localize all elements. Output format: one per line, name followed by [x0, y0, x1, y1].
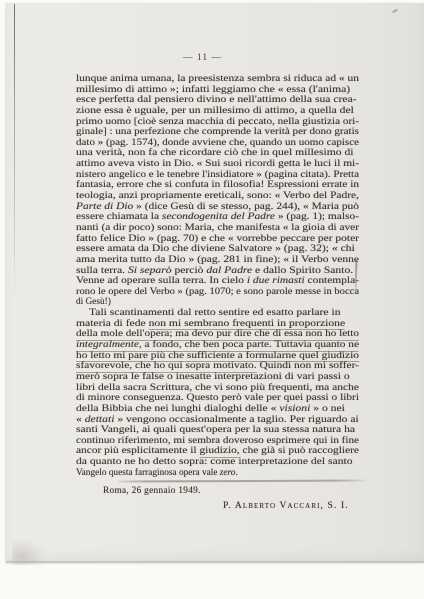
- text-line: attimo aveva visto in Dio. « Sui suoi ri…: [76, 159, 359, 170]
- text-line: essere amata da Dio che diviene Salvator…: [76, 244, 359, 255]
- text-line: ancor più esplicitamente il giudizio, ch…: [76, 446, 359, 457]
- text-line: ama merita tutto da Dio » (pag. 281 in f…: [76, 255, 359, 266]
- book-page: — 11 — lunque anima umana, la preesisten…: [6, 3, 424, 562]
- text-line: fatto felice Dio » (pag. 70) e che « vor…: [76, 234, 359, 245]
- text-line: nanti (a dir poco) sono: Maria, che mani…: [76, 223, 359, 234]
- text-line: Parte di Dio » (dice Gesù di se stesso, …: [76, 202, 359, 213]
- corner-speck: [392, 9, 398, 14]
- scan-background: { "page": { "folio": "— 11 —", "colors":…: [0, 0, 424, 599]
- text-line: lunque anima umana, la preesistenza semb…: [76, 74, 359, 85]
- text-line: santi Vangeli, ai quali quest'opera per …: [76, 425, 359, 436]
- text-line: ho letto mi pare più che sufficiente a f…: [76, 351, 359, 362]
- text-line: Venne ad operare sulla terra. In cielo i…: [76, 276, 359, 287]
- text-line: una verità, non fa che ricordare ciò che…: [76, 148, 359, 159]
- text-line: ginale] : una perfezione che comprende l…: [76, 127, 359, 138]
- text-line: Tali scantinamenti dal retto sentire ed …: [76, 308, 359, 319]
- text-line: materia di fede non mi sembrano frequent…: [76, 319, 359, 330]
- text-line: continuo riferimento, mi sembra doveroso…: [76, 436, 359, 447]
- text-line: da quanto ne ho detto sopra: come interp…: [76, 457, 359, 468]
- text-line: libri della sacra Scrittura, che vi sono…: [76, 383, 359, 394]
- text-line: teologia, anzi propriamente ereticali, s…: [76, 191, 359, 202]
- text-line: millesimo di attimo »; infatti leggiamo …: [76, 85, 359, 96]
- page-bottom-edge: [6, 561, 424, 563]
- author-signature: P. Alberto Vaccari, S. I.: [223, 500, 349, 511]
- body-text: lunque anima umana, la preesistenza semb…: [76, 74, 359, 478]
- text-line: fantasia, errore che si confuta in filos…: [76, 180, 359, 191]
- text-line: « dettati » vengono occasionalmente a ta…: [76, 415, 359, 426]
- text-line: esce perfetta dal pensiero divino e nell…: [76, 95, 359, 106]
- text-line: di Gesù!): [76, 297, 359, 308]
- text-line: zione essa è uguale, per un millesimo di…: [76, 106, 359, 117]
- text-line: dato » (pag. 1574), donde avviene che, q…: [76, 138, 359, 149]
- text-line: della Bibbia che nei lunghi dialoghi del…: [76, 404, 359, 415]
- text-line: essere chiamata la secondogenita del Pad…: [76, 212, 359, 223]
- text-line: della mole dell'opera; ma devo pur dire …: [76, 329, 359, 340]
- text-line: di minore conseguenza. Questo però vale …: [76, 393, 359, 404]
- text-line: Vangelo questa farraginosa opera vale ze…: [76, 468, 359, 479]
- text-line: rono le opere del Verbo » (pag. 1070; e …: [76, 287, 359, 298]
- page-number: — 11 —: [61, 53, 344, 63]
- text-line: sulla terra. Si separò perciò dal Padre …: [76, 266, 359, 277]
- paragraph: lunque anima umana, la preesistenza semb…: [76, 74, 359, 308]
- text-line: merò sopra le false o inesatte interpret…: [76, 372, 359, 383]
- dateline: Roma, 26 gennaio 1949.: [103, 486, 201, 496]
- text-line: nistero angelico e le tenebre l'insidiat…: [76, 170, 359, 181]
- paragraph: Tali scantinamenti dal retto sentire ed …: [76, 308, 359, 478]
- text-line: primo uomo [cioè senza macchia di peccat…: [76, 117, 359, 128]
- text-line: sfavorevole, che ho qui sopra motivato. …: [76, 361, 359, 372]
- final-underline-pencil-stroke: [118, 479, 365, 482]
- spine-shadow-line: [14, 4, 15, 304]
- text-line: integralmente, a fondo, che ben poca par…: [76, 340, 359, 351]
